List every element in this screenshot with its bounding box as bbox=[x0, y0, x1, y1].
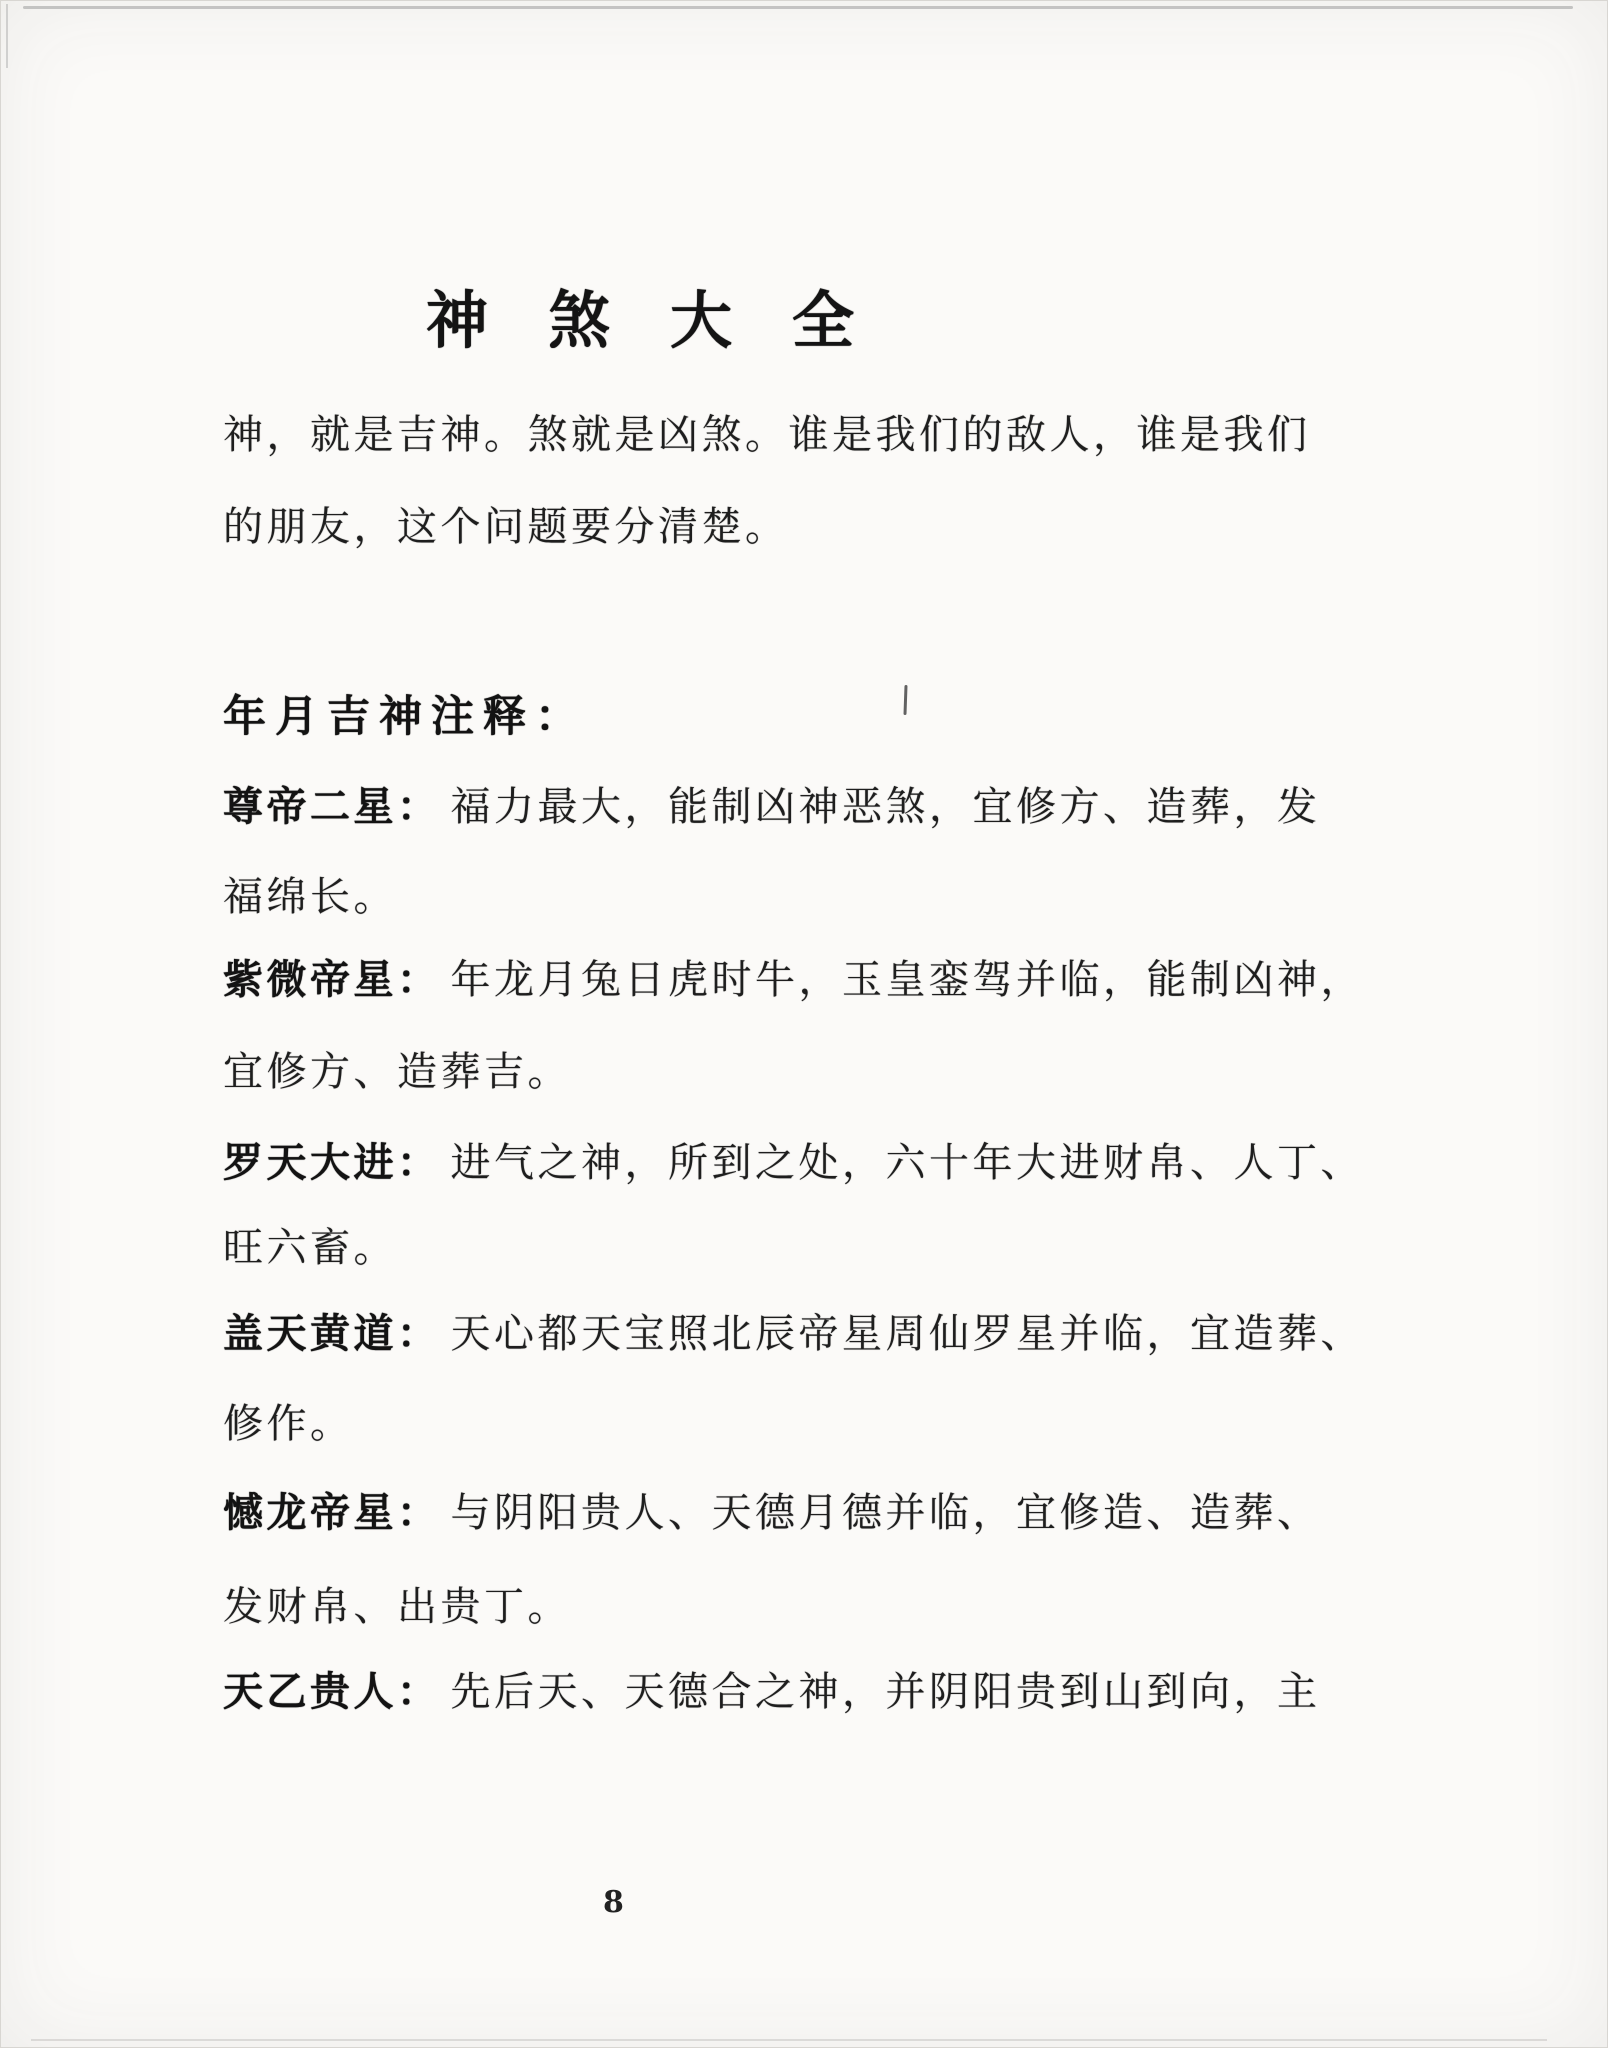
entry-term: 罗天大进： bbox=[223, 1140, 441, 1186]
entry-text: 先后天、天德合之神，并阴阳贵到山到向，主 bbox=[451, 1669, 1321, 1715]
entry-continuation-line: 旺六畜。 bbox=[223, 1225, 397, 1271]
scanned-document-page: 神煞大全 神，就是吉神。煞就是凶煞。谁是我们的敌人，谁是我们 的朋友，这个问题要… bbox=[0, 0, 1608, 2048]
intro-paragraph-line-1: 神，就是吉神。煞就是凶煞。谁是我们的敌人，谁是我们 bbox=[223, 412, 1311, 458]
entry-line: 憾龙帝星：与阴阳贵人、天德月德并临，宜修造、造葬、 bbox=[223, 1490, 1321, 1536]
entry-term: 盖天黄道： bbox=[223, 1311, 441, 1357]
entry-term: 尊帝二星： bbox=[223, 784, 441, 830]
intro-paragraph-line-2: 的朋友，这个问题要分清楚。 bbox=[223, 504, 789, 550]
page-title: 神煞大全 bbox=[426, 290, 914, 352]
entry-text: 天心都天宝照北辰帝星周仙罗星并临，宜造葬、 bbox=[451, 1311, 1365, 1357]
section-heading: 年月吉神注释： bbox=[223, 693, 587, 742]
entry-continuation-line: 修作。 bbox=[223, 1401, 354, 1447]
stray-ink-mark bbox=[903, 685, 907, 715]
entry-line: 罗天大进：进气之神，所到之处，六十年大进财帛、人丁、 bbox=[223, 1140, 1364, 1186]
entry-text: 进气之神，所到之处，六十年大进财帛、人丁、 bbox=[451, 1140, 1365, 1186]
entry-term: 紫微帝星： bbox=[223, 957, 441, 1003]
entry-line: 尊帝二星：福力最大，能制凶神恶煞，宜修方、造葬，发 bbox=[223, 784, 1321, 830]
scan-edge-left-artifact bbox=[6, 4, 8, 68]
scan-edge-bottom-artifact bbox=[31, 2039, 1547, 2041]
entry-term: 天乙贵人： bbox=[223, 1669, 441, 1715]
entry-text: 与阴阳贵人、天德月德并临，宜修造、造葬、 bbox=[451, 1490, 1321, 1536]
entry-continuation-line: 发财帛、出贵丁。 bbox=[223, 1584, 571, 1630]
entry-line: 天乙贵人：先后天、天德合之神，并阴阳贵到山到向，主 bbox=[223, 1669, 1321, 1715]
entry-text: 福力最大，能制凶神恶煞，宜修方、造葬，发 bbox=[451, 784, 1321, 830]
entry-line: 盖天黄道：天心都天宝照北辰帝星周仙罗星并临，宜造葬、 bbox=[223, 1311, 1364, 1357]
page-number: 8 bbox=[603, 1885, 624, 1920]
entry-continuation-line: 宜修方、造葬吉。 bbox=[223, 1049, 571, 1095]
entry-line: 紫微帝星：年龙月兔日虎时牛，玉皇銮驾并临，能制凶神， bbox=[223, 957, 1364, 1003]
entry-term: 憾龙帝星： bbox=[223, 1490, 441, 1536]
scan-edge-top-artifact bbox=[23, 6, 1573, 9]
entry-continuation-line: 福绵长。 bbox=[223, 874, 397, 920]
entry-text: 年龙月兔日虎时牛，玉皇銮驾并临，能制凶神， bbox=[451, 957, 1365, 1003]
